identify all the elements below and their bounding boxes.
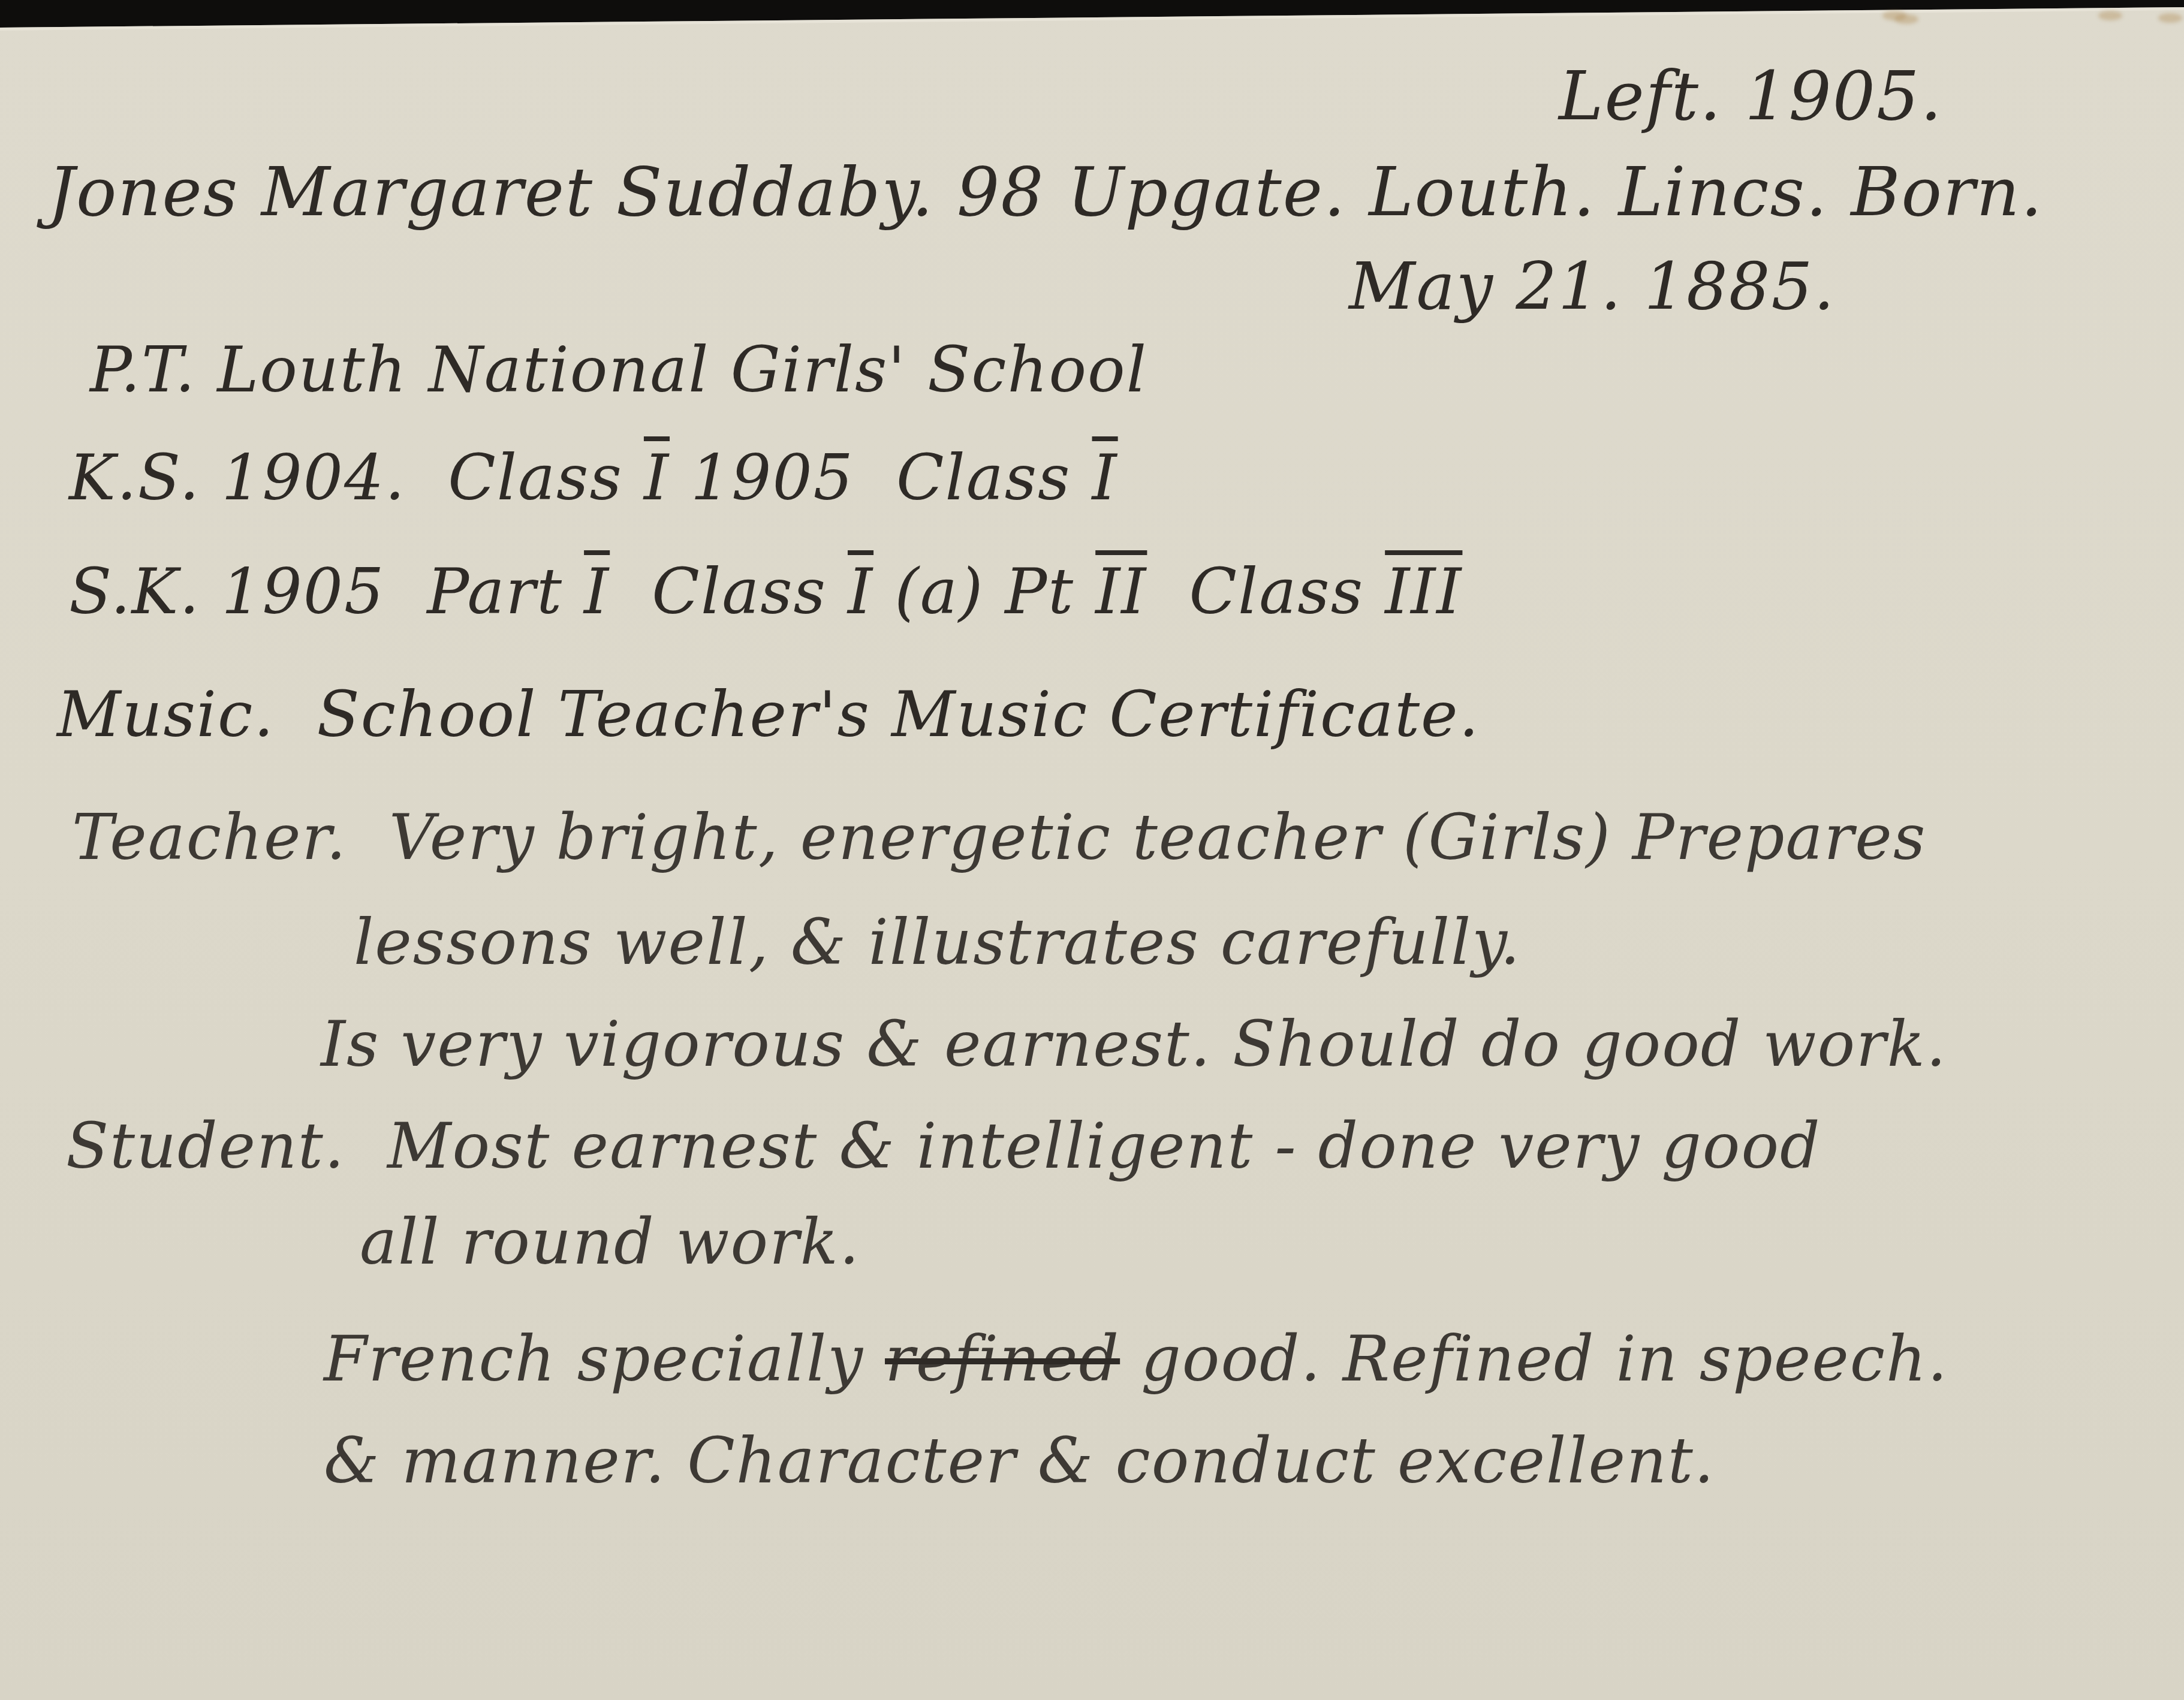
pt-text: Louth National Girls' School <box>217 333 1147 406</box>
sk-class-word-1: Class <box>652 555 827 628</box>
teacher-label: Teacher. <box>72 801 347 874</box>
foxing-stain <box>1894 14 1918 24</box>
teacher-assessment-line-3: Is very vigorous & earnest. Should do go… <box>321 1013 1947 1075</box>
music-record: Music. School Teacher's Music Certificat… <box>57 683 1480 746</box>
pt-label: P.T. <box>90 333 196 406</box>
foxing-stain <box>2158 13 2182 23</box>
sk-class-2: III <box>1385 560 1462 623</box>
teacher-assessment-line-1: Teacher. Very bright, energetic teacher … <box>72 806 1926 869</box>
french-before: French specially <box>324 1322 864 1395</box>
surname: Jones <box>48 153 239 231</box>
sk-class-1-suffix: (a) <box>894 555 984 628</box>
ks-label: K.S. <box>69 441 200 514</box>
struck-word: refined <box>885 1322 1120 1395</box>
ks-year-2: 1905 <box>691 441 854 514</box>
ks-class-word-1: Class <box>448 441 623 514</box>
pt-record: P.T. Louth National Girls' School <box>90 339 1147 401</box>
french-after: good. Refined in speech. <box>1141 1322 1948 1395</box>
sk-class-word-2: Class <box>1189 555 1364 628</box>
ks-year-1: 1904. <box>221 441 406 514</box>
sk-year: 1905 <box>221 555 385 628</box>
sk-label: S.K. <box>69 555 200 628</box>
sk-record: S.K. 1905 Part I Class I (a) Pt II Class… <box>69 560 1462 623</box>
french-line: French specially refined good. Refined i… <box>324 1328 1948 1390</box>
student-text: Most earnest & intelligent - done very g… <box>387 1110 1821 1183</box>
address: 98 Upgate. Louth. Lincs. <box>957 153 1828 231</box>
sk-class-1: I <box>848 560 873 623</box>
student-assessment-line-1: Student. Most earnest & intelligent - do… <box>66 1115 1821 1177</box>
birth-date: May 21. 1885. <box>1349 255 1836 319</box>
ks-record: K.S. 1904. Class I 1905 Class I <box>69 447 1118 509</box>
name-address-line: Jones Margaret Suddaby. 98 Upgate. Louth… <box>48 159 2043 226</box>
sk-part-2: II <box>1095 560 1147 623</box>
teacher-assessment-line-2: lessons well, & illustrates carefully. <box>354 911 1521 973</box>
sk-part-1: I <box>584 560 610 623</box>
student-label: Student. <box>66 1110 345 1183</box>
born-label: Born. <box>1851 153 2043 231</box>
sk-part-word-2: Pt <box>1005 555 1074 628</box>
given-names: Margaret Suddaby. <box>261 153 935 231</box>
ks-class-word-2: Class <box>896 441 1071 514</box>
sk-part-word-1: Part <box>427 555 563 628</box>
ks-class-1: I <box>644 447 670 509</box>
foxing-stain <box>2098 11 2122 20</box>
music-text: School Teacher's Music Certificate. <box>317 678 1480 751</box>
left-date-note: Left. 1905. <box>1559 63 1943 130</box>
music-label: Music. <box>57 678 275 751</box>
ks-class-2: I <box>1092 447 1118 509</box>
character-line: & manner. Character & conduct excellent. <box>324 1430 1715 1492</box>
teacher-text: Very bright, energetic teacher (Girls) P… <box>389 801 1926 874</box>
student-assessment-line-2: all round work. <box>360 1211 860 1273</box>
